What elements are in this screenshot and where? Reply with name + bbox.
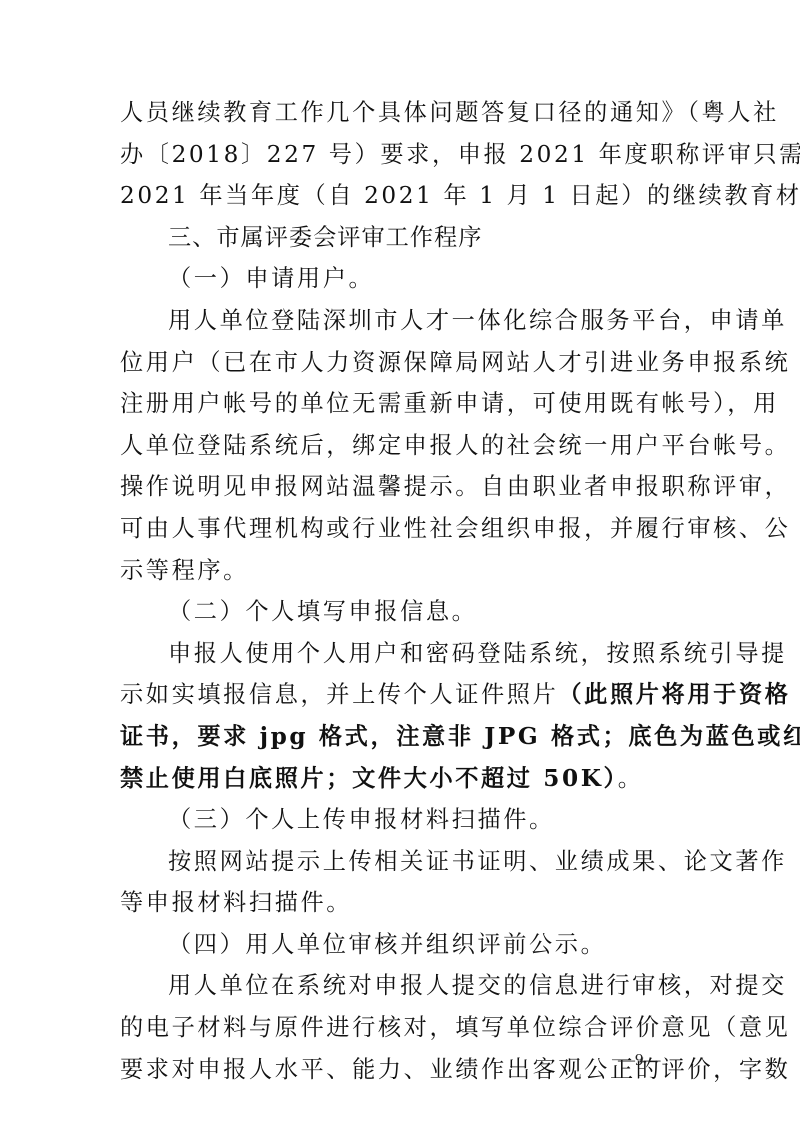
paragraph-line: 示如实填报信息，并上传个人证件照片（此照片将用于资格	[120, 674, 682, 716]
paragraph-line: 禁止使用白底照片；文件大小不超过 50K）。	[120, 758, 682, 800]
page-number: —9—	[618, 1050, 661, 1070]
paragraph-line: 2021 年当年度（自 2021 年 1 月 1 日起）的继续教育材料。	[120, 175, 682, 217]
paragraph-line: 用人单位登陆深圳市人才一体化综合服务平台，申请单	[120, 300, 682, 342]
paragraph-line: 位用户（已在市人力资源保障局网站人才引进业务申报系统	[120, 342, 682, 384]
bold-text: （此照片将用于资格	[558, 681, 790, 708]
paragraph-line: 示等程序。	[120, 550, 682, 592]
paragraph-line: 人单位登陆系统后，绑定申报人的社会统一用户平台帐号。	[120, 425, 682, 467]
subsection-title: （四）用人单位审核并组织评前公示。	[120, 924, 682, 966]
paragraph-line: 要求对申报人水平、能力、业绩作出客观公正的评价，字数	[120, 1049, 682, 1091]
paragraph-line: 注册用户帐号的单位无需重新申请，可使用既有帐号），用	[120, 383, 682, 425]
paragraph-line: 人员继续教育工作几个具体问题答复口径的通知》（粤人社	[120, 92, 682, 134]
paragraph-line-bold: 证书，要求 jpg 格式，注意非 JPG 格式；底色为蓝色或红色，	[120, 716, 682, 758]
paragraph-line: 按照网站提示上传相关证书证明、业绩成果、论文著作	[120, 841, 682, 883]
paragraph-line: 用人单位在系统对申报人提交的信息进行审核，对提交	[120, 965, 682, 1007]
document-page: 人员继续教育工作几个具体问题答复口径的通知》（粤人社 办〔2018〕227 号）…	[120, 92, 682, 1090]
normal-text: 示如实填报信息，并上传个人证件照片	[120, 681, 558, 708]
paragraph-line: 等申报材料扫描件。	[120, 882, 682, 924]
paragraph-line: 申报人使用个人用户和密码登陆系统，按照系统引导提	[120, 633, 682, 675]
section-heading: 三、市属评委会评审工作程序	[120, 217, 682, 259]
subsection-title: （二）个人填写申报信息。	[120, 591, 682, 633]
paragraph-line: 办〔2018〕227 号）要求，申报 2021 年度职称评审只需提供	[120, 134, 682, 176]
bold-text: 禁止使用白底照片；文件大小不超过 50K）	[120, 765, 618, 792]
subsection-title: （三）个人上传申报材料扫描件。	[120, 799, 682, 841]
paragraph-line: 可由人事代理机构或行业性社会组织申报，并履行审核、公	[120, 508, 682, 550]
normal-text: 。	[618, 765, 644, 792]
paragraph-line: 的电子材料与原件进行核对，填写单位综合评价意见（意见	[120, 1007, 682, 1049]
paragraph-line: 操作说明见申报网站温馨提示。自由职业者申报职称评审，	[120, 466, 682, 508]
subsection-title: （一）申请用户。	[120, 258, 682, 300]
